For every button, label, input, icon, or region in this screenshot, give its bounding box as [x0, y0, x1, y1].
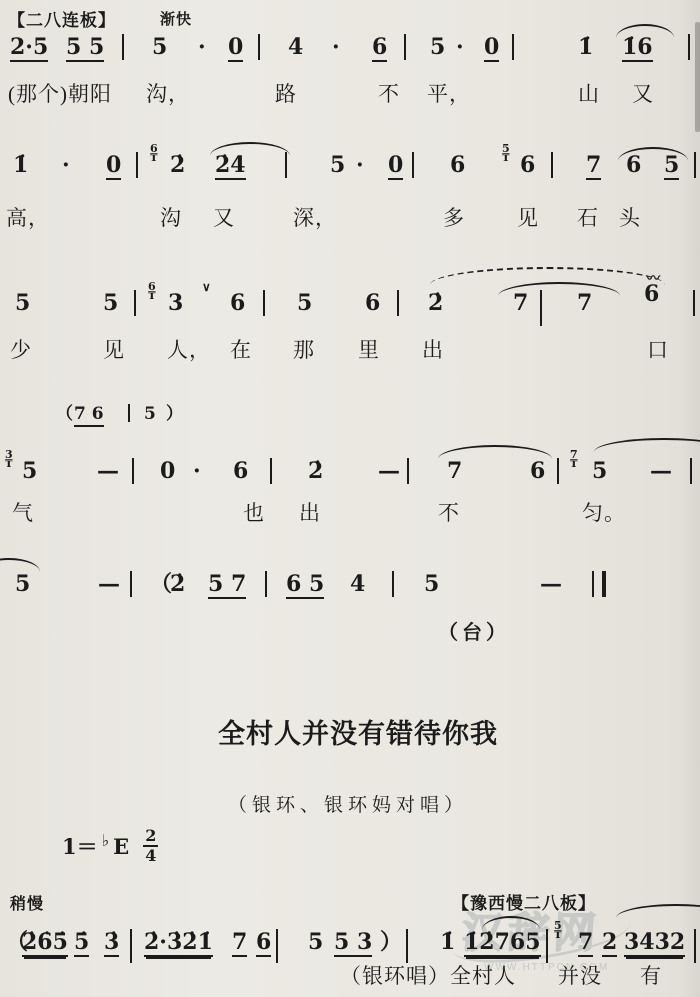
note-token: 5 3: [334, 931, 372, 957]
lyric-token: 人，: [167, 340, 211, 361]
lyric-token: 山: [578, 84, 600, 105]
note-token: 5 7: [208, 573, 246, 599]
note-token: ·: [356, 154, 364, 176]
barline: [546, 929, 548, 963]
note-token: —: [540, 573, 562, 595]
note-token: 0: [484, 36, 499, 62]
slur-arc: [618, 147, 688, 161]
lyric-token: 见: [517, 208, 539, 229]
lyric-token: (那个)朝阳: [8, 84, 112, 105]
breath-mark-icon: ∨: [202, 280, 211, 295]
key-prefix: 1＝: [62, 831, 98, 861]
note-token: 5: [308, 931, 323, 953]
lyric-token: 头: [619, 208, 641, 229]
note-token: 1̇: [578, 36, 593, 58]
grace-note: 5₸: [502, 144, 510, 163]
barline: [557, 458, 559, 484]
barline: [397, 290, 399, 316]
note-token: ）: [380, 931, 402, 953]
grace-note: 7₸: [570, 450, 578, 469]
final-barline: [592, 571, 606, 597]
slur-arc: [616, 24, 674, 38]
note-token: 2·5: [10, 36, 48, 62]
song-title: 全村人并没有错待你我: [218, 712, 498, 751]
scan-edge-artifact: [695, 22, 700, 132]
lyric-token: （银环唱）全村人: [340, 966, 516, 987]
note-token: 6: [520, 154, 535, 176]
slur-arc: [482, 916, 540, 930]
banshi-label-2: 【豫西慢二八板】: [452, 889, 596, 914]
lyric-token: 出: [299, 503, 321, 524]
note-token: 7: [232, 931, 247, 957]
note-token: 5: [15, 292, 30, 314]
barline: [132, 458, 134, 484]
note-token: （: [150, 573, 172, 595]
meter-top: 2: [143, 828, 158, 847]
barline: [136, 152, 138, 178]
note-token: 1̇2̇765: [464, 931, 541, 957]
note-token: 2̇: [170, 154, 185, 176]
barline: [406, 929, 408, 963]
note-token: 5̇: [74, 931, 89, 957]
lyric-token: 口: [647, 340, 669, 361]
lyric-token: 不: [438, 503, 460, 524]
note-token: 5: [103, 292, 118, 314]
note-token: 7: [578, 931, 593, 957]
note-token: —: [378, 460, 400, 482]
barline: [270, 458, 272, 484]
slur-arc: [0, 558, 40, 572]
note-token: ·: [198, 36, 206, 58]
barline: [130, 571, 132, 597]
grace-note: 5₸: [554, 921, 562, 940]
barline: [404, 34, 406, 60]
barline: [263, 290, 265, 316]
note-token: 1̇: [440, 931, 455, 953]
note-token: 7: [447, 460, 462, 482]
note-token: 1̇: [13, 154, 28, 176]
note-token: ）: [166, 406, 183, 423]
note-token: 6: [365, 292, 380, 314]
grace-tie-icon: ₸: [5, 459, 13, 468]
barline: [407, 458, 409, 484]
slur-arc: [594, 438, 700, 452]
lyric-token: 在: [230, 340, 252, 361]
note-token: 5: [297, 292, 312, 314]
note-token: 6 5: [286, 573, 324, 599]
grace-tie-icon: ₸: [502, 153, 510, 162]
note-token: 2̇: [170, 573, 185, 595]
barline: [392, 571, 394, 597]
note-token: —: [650, 460, 672, 482]
banshi-label: 【二八连板】: [8, 6, 116, 31]
note-token: 0: [160, 460, 175, 482]
lyric-token: 高，: [6, 208, 50, 229]
note-token: 5: [22, 460, 37, 482]
barline: [265, 571, 267, 597]
lyric-token: 出: [422, 340, 444, 361]
time-signature: 24: [143, 828, 158, 864]
lyric-token: 又: [213, 208, 235, 229]
lyric-token: 那: [293, 340, 315, 361]
note-token: 5: [144, 406, 156, 423]
note-token: 2̇: [308, 460, 323, 482]
note-token: 2: [602, 931, 617, 957]
grace-note: 3₸: [5, 450, 13, 469]
note-token: 2̇: [428, 292, 443, 314]
lyric-token: 路: [275, 84, 297, 105]
note-token: 0: [388, 154, 403, 180]
note-token: 5: [424, 573, 439, 595]
barline: [258, 34, 260, 60]
note-token: 5: [15, 573, 30, 595]
grace-tie-icon: ₸: [554, 930, 562, 939]
grace-tie-icon: ₸: [570, 459, 578, 468]
grace-tie-icon: ₸: [148, 291, 156, 300]
barline: [130, 929, 132, 963]
lyric-token: 并没: [558, 966, 602, 987]
note-token: 6: [230, 292, 245, 314]
sheet-music-page: 【二八连板】 渐快 全村人并没有错待你我 （银环、银环妈对唱） 1＝♭E24 稍…: [0, 0, 700, 997]
note-token: （: [56, 406, 73, 423]
note-token: 6: [530, 460, 545, 482]
grace-tie-icon: ₸: [150, 153, 158, 162]
note-token: 6: [450, 154, 465, 176]
barline: [412, 152, 414, 178]
note-token: 6: [644, 283, 659, 305]
lyric-token: 气: [12, 503, 34, 524]
key-signature: 1＝♭E24: [62, 828, 158, 864]
lyric-token: 里: [358, 340, 380, 361]
note-token: —: [98, 573, 120, 595]
note-token: 0: [106, 154, 121, 180]
barline: [134, 290, 136, 316]
slur-arc: [210, 142, 290, 156]
barline: [122, 34, 124, 60]
barline: [551, 152, 553, 178]
note-token: —: [97, 460, 119, 482]
lyric-token: 匀。: [582, 503, 626, 524]
lyric-token: 也: [243, 503, 265, 524]
tempo-label-2: 稍慢: [10, 891, 44, 914]
note-token: 7 6: [74, 406, 104, 427]
note-token: 5: [430, 36, 445, 58]
grace-note: 6₸: [148, 282, 156, 301]
stage-note: （台）: [438, 616, 510, 645]
note-token: ·: [456, 36, 464, 58]
note-token: 5: [330, 154, 345, 176]
note-token: 2̇4: [215, 154, 246, 180]
note-token: 4: [350, 573, 365, 595]
note-token: 5 5: [66, 36, 104, 62]
note-token: 6: [256, 931, 271, 957]
barline: [694, 152, 696, 178]
note-token: 0: [228, 36, 243, 62]
lyric-token: 深，: [293, 208, 337, 229]
note-token: 3̇: [104, 931, 119, 957]
barline: [694, 929, 696, 963]
note-token: 7: [586, 154, 601, 180]
meter-bottom: 4: [145, 847, 156, 864]
tempo-label: 渐快: [160, 8, 192, 29]
note-token: 6: [233, 460, 248, 482]
note-token: 6: [372, 36, 387, 62]
note-token: 4: [288, 36, 303, 58]
lyric-token: 沟: [160, 208, 182, 229]
note-token: ·: [332, 36, 340, 58]
lyric-token: 见: [103, 340, 125, 361]
note-token: ·: [193, 460, 201, 482]
note-token: 2̇6̇5̇: [22, 931, 68, 957]
lyric-token: 又: [632, 84, 654, 105]
barline: [688, 34, 690, 60]
note-token: 3432: [624, 931, 685, 957]
slur-arc: [438, 445, 552, 459]
lyric-token: 少: [10, 340, 32, 361]
lyric-token: 平，: [427, 84, 471, 105]
barline: [690, 458, 692, 484]
slur-arc: [616, 904, 700, 918]
grace-note: 6₸: [150, 144, 158, 163]
flat-icon: ♭: [102, 831, 110, 850]
lyric-token: 有: [640, 966, 662, 987]
note-token: 2̇·3̇2̇1̇: [144, 931, 213, 957]
lyric-token: 多: [443, 208, 465, 229]
barline: [693, 290, 695, 316]
barline: [276, 929, 278, 963]
barline: [128, 404, 130, 422]
lyric-token: 石: [577, 208, 599, 229]
lyric-token: 不: [378, 84, 400, 105]
note-token: 5: [152, 36, 167, 58]
note-token: ·: [62, 154, 70, 176]
song-subtitle: （银环、银环妈对唱）: [228, 790, 468, 817]
barline: [512, 34, 514, 60]
note-token: 5: [592, 460, 607, 482]
lyric-token: 沟，: [146, 84, 190, 105]
note-token: 3: [168, 292, 183, 314]
key-letter: E: [113, 834, 129, 859]
note-token: 1̇6: [622, 36, 653, 62]
